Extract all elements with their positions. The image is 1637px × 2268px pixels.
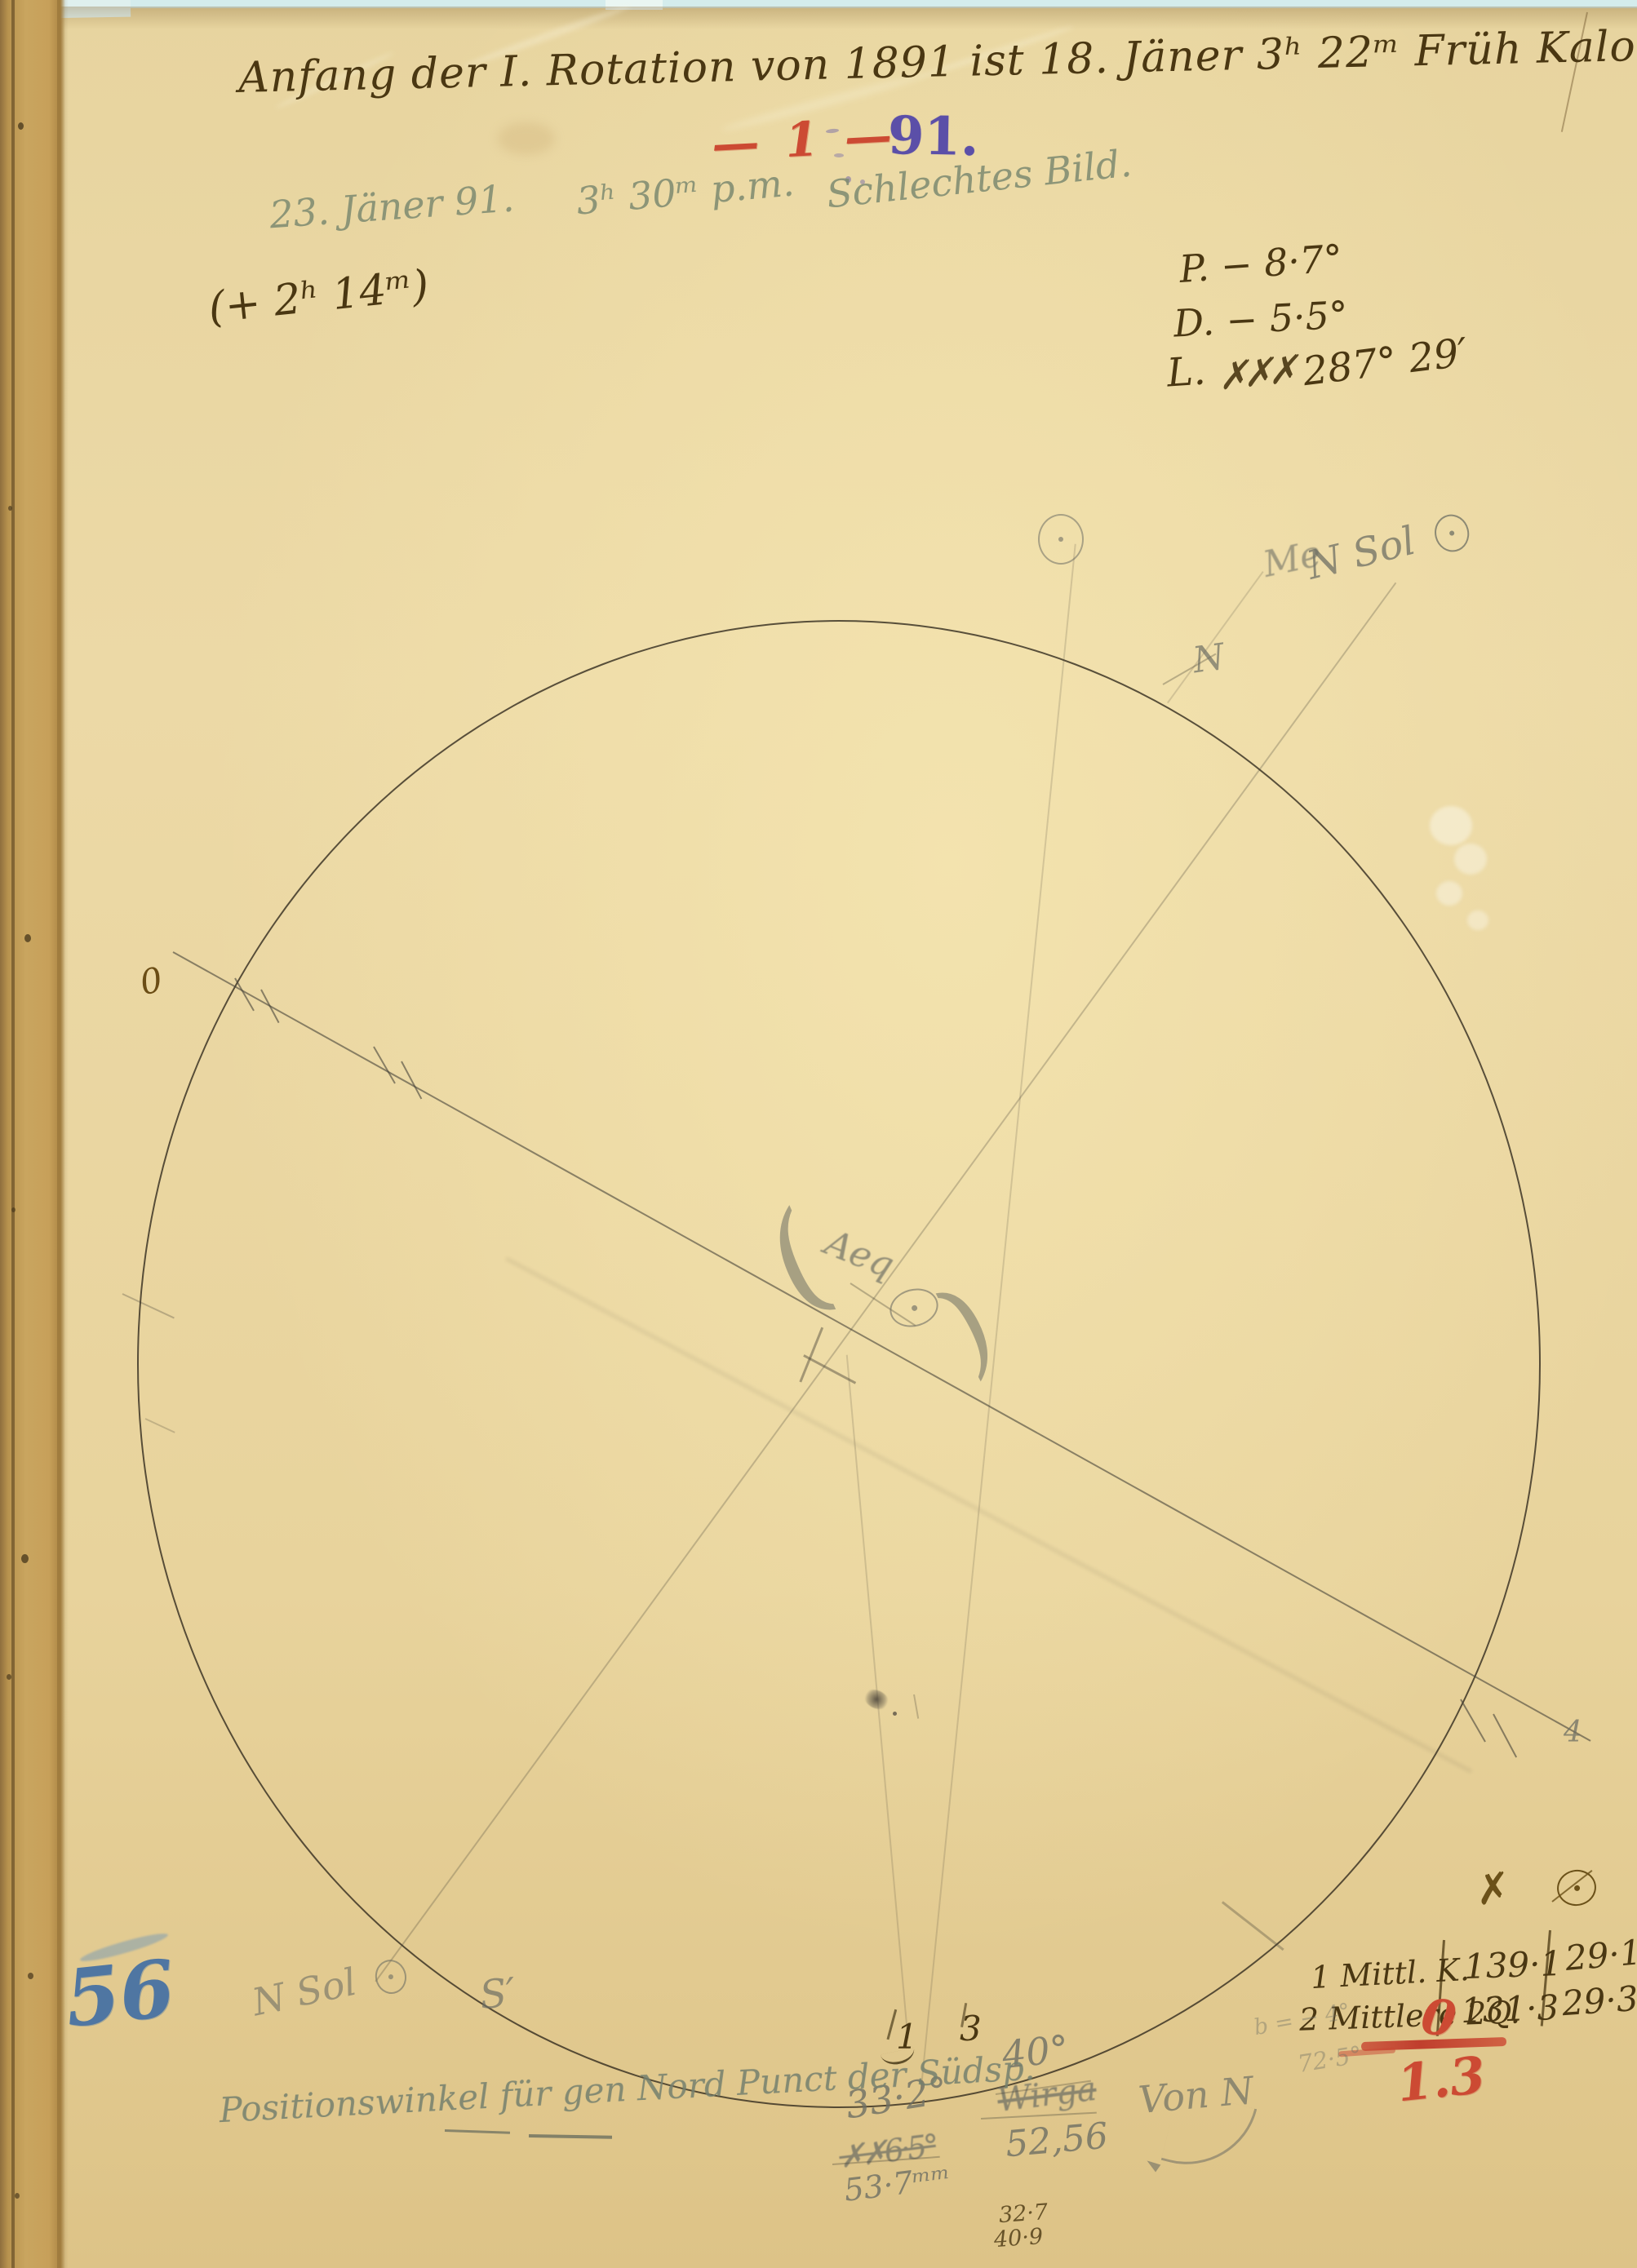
page-number-red-crayon: — 1 — bbox=[711, 111, 898, 168]
ephemeris-l-crossed-out: ✗✗✗ bbox=[1216, 350, 1294, 395]
time-note: 3ʰ 30ᵐ p.m. bbox=[575, 163, 796, 219]
n-sol-label-top: N Sol bbox=[1303, 507, 1473, 587]
ephemeris-p: P. − 8·7° bbox=[1178, 239, 1344, 288]
tick-label-3: 3 bbox=[960, 2012, 982, 2046]
circled-dot-mark bbox=[1038, 514, 1084, 565]
n-sol-text: N Sol bbox=[248, 1960, 360, 2025]
blue-crayon-number: 56 bbox=[61, 1949, 178, 2038]
time-correction: (+ 2ʰ 14ᵐ) bbox=[206, 264, 431, 330]
value-52-56: 52,56 bbox=[1004, 2119, 1109, 2164]
binding-strip bbox=[0, 0, 65, 2268]
red-result: 1.3 bbox=[1395, 2050, 1488, 2110]
date-note: 23. Jäner 91. bbox=[268, 179, 516, 234]
table-cell: 29·1 bbox=[1564, 1935, 1637, 1976]
table-cell: 29·3 bbox=[1561, 1982, 1637, 2021]
small-value-bottom: 40·9 bbox=[993, 2226, 1044, 2251]
binding-groove bbox=[11, 0, 15, 2268]
north-mark: N bbox=[1191, 640, 1227, 680]
ephemeris-l-label: L. bbox=[1165, 351, 1206, 392]
binding-shadow bbox=[57, 0, 69, 2268]
ephemeris-l-value: 287° 29′ bbox=[1301, 333, 1470, 392]
sun-icon bbox=[372, 1957, 410, 1997]
sun-icon bbox=[1431, 511, 1473, 556]
hatch-mark bbox=[1460, 1699, 1486, 1743]
four-mark: 4 bbox=[1564, 1718, 1582, 1748]
hatch-mark bbox=[1493, 1714, 1517, 1758]
page-top-edge bbox=[0, 7, 1637, 29]
solar-disk-circle bbox=[137, 620, 1541, 2108]
table-row-label: 1 Mittl. K. bbox=[1310, 1954, 1470, 1993]
s-prime-mark: S′ bbox=[478, 1973, 518, 2015]
x-mark: ✗ bbox=[1473, 1867, 1513, 1912]
crossed-sun-icon bbox=[1555, 1867, 1599, 1909]
white-splotch bbox=[1436, 881, 1462, 906]
white-splotch bbox=[1454, 844, 1487, 875]
red-numerator: 0 bbox=[1418, 1991, 1459, 2044]
white-splotch bbox=[1467, 910, 1488, 930]
scanned-manuscript-page: Anfang der I. Rotation von 1891 ist 18. … bbox=[0, 0, 1637, 2268]
underline bbox=[529, 2134, 612, 2139]
underline bbox=[445, 2129, 510, 2134]
white-splotch bbox=[1430, 806, 1472, 845]
page-title: Anfang der I. Rotation von 1891 ist 18. … bbox=[238, 21, 1637, 100]
n-sol-label-bottom: N Sol bbox=[249, 1952, 410, 2023]
faint-note: 72·5° bbox=[1296, 2043, 1364, 2076]
year-stamp: 91. bbox=[887, 110, 978, 164]
arrow-head-icon: ◄ bbox=[1142, 2153, 1163, 2176]
n-sol-text: N Sol bbox=[1302, 518, 1420, 589]
stain bbox=[498, 122, 555, 155]
small-value-top: 32·7 bbox=[998, 2201, 1049, 2226]
ephemeris-d: D. − 5·5° bbox=[1173, 295, 1349, 342]
zero-mark: 0 bbox=[137, 963, 166, 1001]
